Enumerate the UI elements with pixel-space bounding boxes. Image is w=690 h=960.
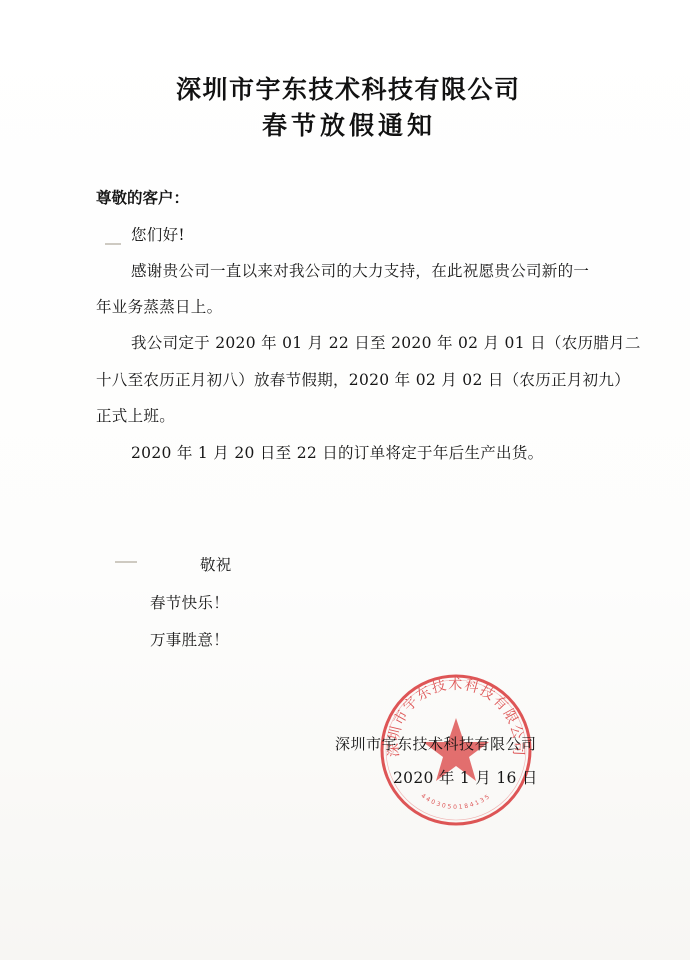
paragraph-line: 正式上班。 [96, 404, 175, 426]
paragraph-line: 感谢贵公司一直以来对我公司的大力支持，在此祝愿贵公司新的一 [131, 259, 589, 281]
paragraph-line: 我公司定于 2020 年 01 月 22 日至 2020 年 02 月 01 日… [131, 331, 641, 353]
signature-date: 2020 年 1 月 16 日 [393, 766, 538, 788]
paragraph-line: 2020 年 1 月 20 日至 22 日的订单将定于年后生产出货。 [131, 441, 543, 463]
document-page: 深圳市宇东技术科技有限公司 春节放假通知 尊敬的客户： 您们好! 感谢贵公司一直… [0, 0, 690, 960]
closing-wish: 万事胜意！ [150, 628, 229, 650]
paragraph-line: 年业务蒸蒸日上。 [96, 295, 222, 317]
closing-wish: 春节快乐！ [150, 591, 229, 613]
greeting: 您们好! [131, 223, 185, 245]
company-title: 深圳市宇东技术科技有限公司 [176, 70, 521, 106]
scan-mark [105, 243, 121, 245]
paragraph-line: 十八至农历正月初八）放春节假期，2020 年 02 月 02 日（农历正月初九） [96, 368, 630, 390]
scan-mark [115, 561, 137, 563]
salutation: 尊敬的客户： [96, 186, 189, 208]
signature-company: 深圳市宇东技术科技有限公司 [335, 733, 537, 754]
stamp-serial: 4403050184135 [420, 792, 493, 810]
notice-title: 春节放假通知 [262, 106, 436, 142]
closing-regards: 敬祝 [200, 553, 232, 575]
